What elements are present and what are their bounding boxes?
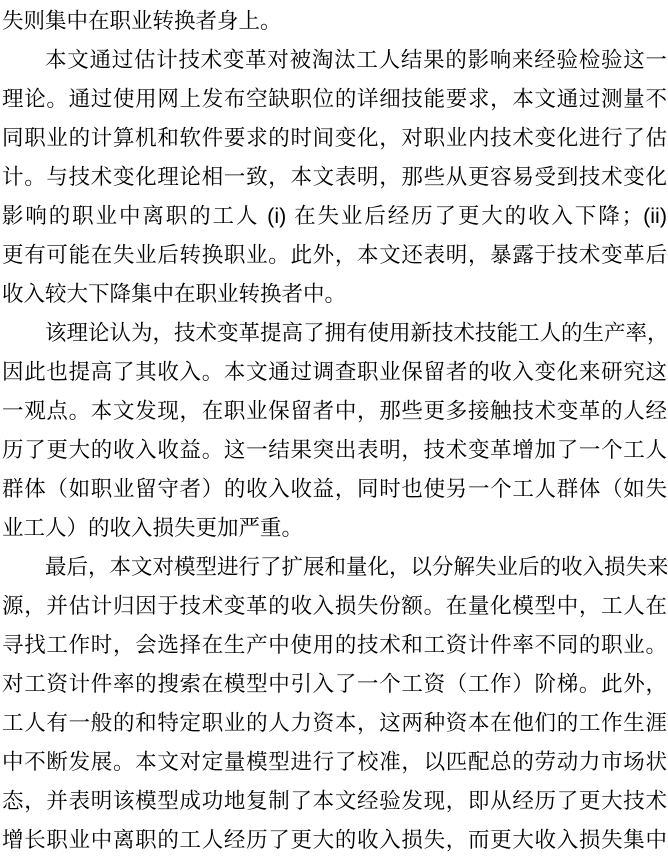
text-line: 群体（如职业留守者）的收入收益，同时也使另一个工人群体（如失 xyxy=(2,470,667,509)
text-line: 该理论认为，技术变革提高了拥有使用新技术技能工人的生产率， xyxy=(2,314,667,353)
text-line: 对工资计件率的搜索在模型中引入了一个工资（工作）阶梯。此外， xyxy=(2,665,667,704)
text-line: 更有可能在失业后转换职业。此外，本文还表明，暴露于技术变革后 xyxy=(2,236,667,275)
text-line: 同职业的计算机和软件要求的时间变化，对职业内技术变化进行了估 xyxy=(2,119,667,158)
text-line: 态，并表明该模型成功地复制了本文经验发现，即从经历了更大技术 xyxy=(2,782,667,821)
text-line: 本文通过估计技术变革对被淘汰工人结果的影响来经验检验这一 xyxy=(2,41,667,80)
text-line: 因此也提高了其收入。本文通过调查职业保留者的收入变化来研究这 xyxy=(2,353,667,392)
text-line: 计。与技术变化理论相一致，本文表明，那些从更容易受到技术变化 xyxy=(2,158,667,197)
text-line: 寻找工作时，会选择在生产中使用的技术和工资计件率不同的职业。 xyxy=(2,626,667,665)
text-line: 中不断发展。本文对定量模型进行了校准，以匹配总的劳动力市场状 xyxy=(2,743,667,782)
text-line: 影响的职业中离职的工人 (i) 在失业后经历了更大的收入下降；(ii) xyxy=(2,197,667,236)
text-line: 工人有一般的和特定职业的人力资本，这两种资本在他们的工作生涯 xyxy=(2,704,667,743)
text-line: 增长职业中离职的工人经历了更大的收入损失，而更大收入损失集中 xyxy=(2,821,667,860)
text-block: 失则集中在职业转换者身上。本文通过估计技术变革对被淘汰工人结果的影响来经验检验这… xyxy=(2,2,667,860)
text-line: 源，并估计归因于技术变革的收入损失份额。在量化模型中，工人在 xyxy=(2,587,667,626)
text-line: 一观点。本文发现，在职业保留者中，那些更多接触技术变革的人经 xyxy=(2,392,667,431)
text-line: 最后，本文对模型进行了扩展和量化，以分解失业后的收入损失来 xyxy=(2,548,667,587)
text-line: 业工人）的收入损失更加严重。 xyxy=(2,509,667,548)
text-line: 理论。通过使用网上发布空缺职位的详细技能要求，本文通过测量不 xyxy=(2,80,667,119)
text-line: 收入较大下降集中在职业转换者中。 xyxy=(2,275,667,314)
document-page: 失则集中在职业转换者身上。本文通过估计技术变革对被淘汰工人结果的影响来经验检验这… xyxy=(0,0,668,864)
text-line: 失则集中在职业转换者身上。 xyxy=(2,2,667,41)
text-line: 历了更大的收入收益。这一结果突出表明，技术变革增加了一个工人 xyxy=(2,431,667,470)
